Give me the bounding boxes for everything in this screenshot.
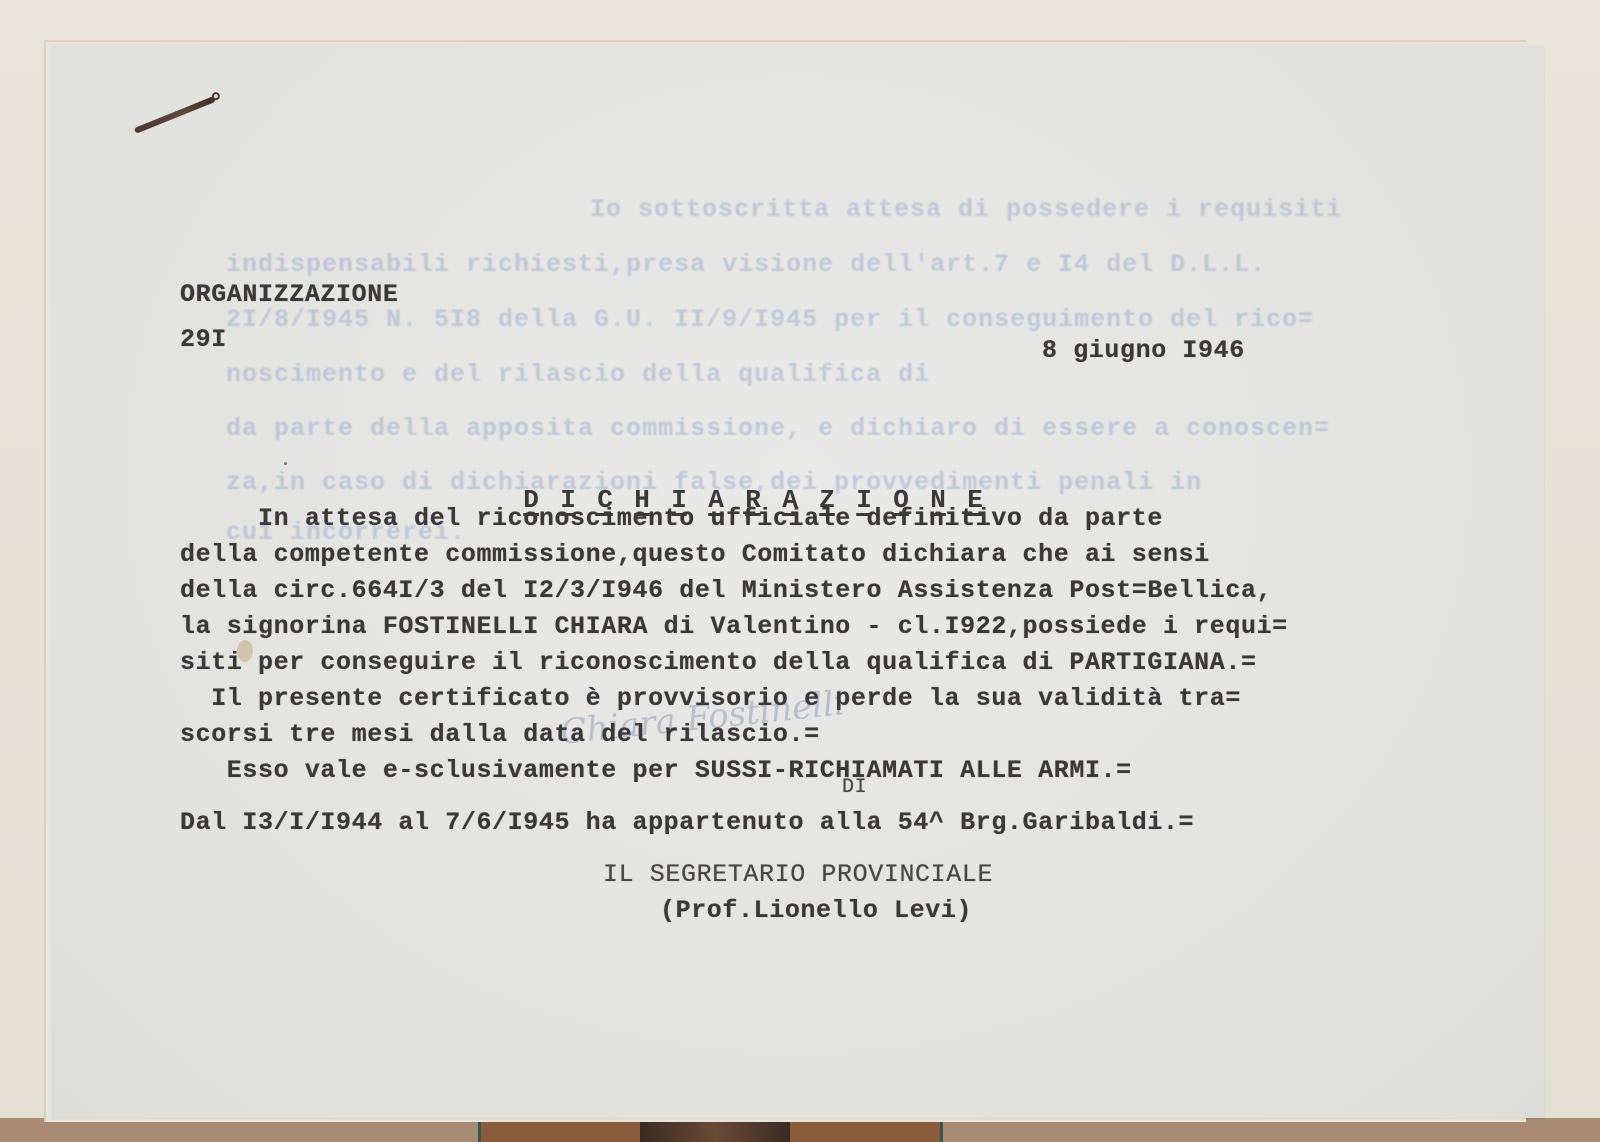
body-line: In attesa del riconoscimento ufficiale d…	[180, 504, 1163, 533]
signatory-name: (Prof.Lionello Levi)	[660, 896, 972, 925]
show-through-line: da parte della apposita commissione, e d…	[226, 414, 1330, 443]
body-line: Esso vale e-sclusivamente per SUSSI-RICH…	[180, 756, 1132, 785]
service-period-line: Dal I3/I/I944 al 7/6/I945 ha appartenuto…	[180, 808, 1194, 837]
show-through-line: 2I/8/I945 N. 5I8 della G.U. II/9/I945 pe…	[226, 305, 1314, 334]
organization-label: ORGANIZZAZIONE	[180, 280, 398, 309]
document-date: 8 giugno I946	[1042, 336, 1245, 365]
signatory-role: IL SEGRETARIO PROVINCIALE	[603, 860, 993, 889]
show-through-line: indispensabili richiesti,presa visione d…	[226, 250, 1266, 279]
body-line: Il presente certificato è provvisorio e …	[180, 684, 1241, 713]
show-through-line: Io sottoscritta attesa di possedere i re…	[590, 195, 1342, 224]
protocol-number: 29I	[180, 325, 227, 354]
show-through-line: noscimento e del rilascio della qualific…	[226, 360, 930, 389]
interlinear-correction: DI	[842, 776, 867, 799]
paper-speck	[284, 462, 287, 465]
body-line: della circ.664I/3 del I2/3/I946 del Mini…	[180, 576, 1272, 605]
body-line: la signorina FOSTINELLI CHIARA di Valent…	[180, 612, 1288, 641]
body-line: siti per conseguire il riconoscimento de…	[180, 648, 1257, 677]
body-line: della competente commissione,questo Comi…	[180, 540, 1210, 569]
body-line: scorsi tre mesi dalla data del rilascio.…	[180, 720, 820, 749]
